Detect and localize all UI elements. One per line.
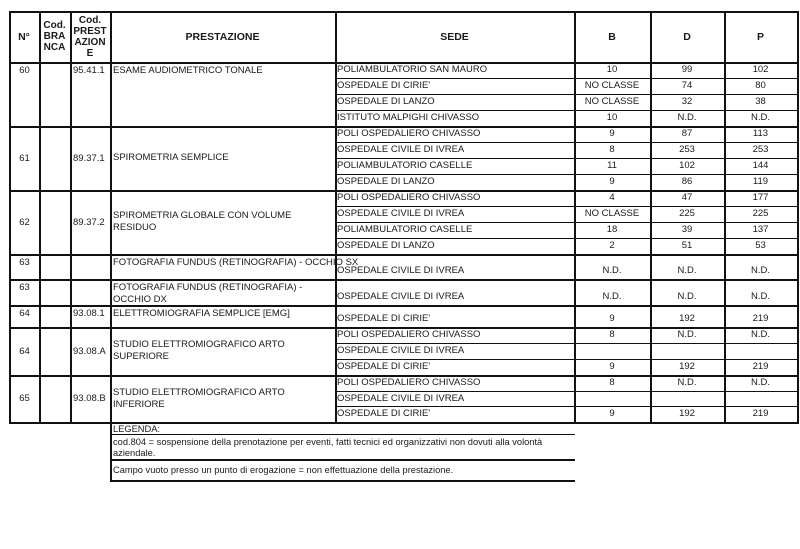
value-b: 10 [576, 64, 648, 75]
sede-cell: OSPEDALE DI CIRIE' [337, 361, 572, 372]
table-rule [110, 434, 575, 435]
document-page: N°Cod. BRA NCACod. PREST AZION EPRESTAZI… [0, 0, 800, 549]
value-p: 219 [726, 361, 795, 372]
prestazione-name: SPIROMETRIA SEMPLICE [113, 126, 333, 190]
value-d: 86 [652, 176, 722, 187]
prestazione-name: FOTOGRAFIA FUNDUS (RETINOGRAFIA) - OCCHI… [113, 282, 333, 306]
table-rule [9, 279, 798, 281]
header-p: P [724, 11, 797, 62]
sede-cell: POLI OSPEDALIERO CHIVASSO [337, 128, 572, 139]
group-number: 60 [12, 65, 37, 76]
value-b: 9 [576, 313, 648, 324]
value-p: 219 [726, 408, 795, 419]
table-rule [335, 359, 798, 360]
value-b: 10 [576, 112, 648, 123]
value-b: NO CLASSE [576, 96, 648, 107]
value-p: 102 [726, 64, 795, 75]
sede-cell: OSPEDALE CIVILE DI IVREA [337, 393, 572, 404]
sede-cell: OSPEDALE DI CIRIE' [337, 313, 572, 324]
value-b: N.D. [576, 291, 648, 302]
table-rule [335, 78, 798, 79]
table-rule [724, 11, 726, 424]
value-d: 225 [652, 208, 722, 219]
table-rule [335, 158, 798, 159]
value-d: N.D. [652, 265, 722, 276]
value-d: 192 [652, 313, 722, 324]
sede-cell: POLIAMBULATORIO CASELLE [337, 160, 572, 171]
table-rule [110, 422, 798, 424]
value-d: N.D. [652, 112, 722, 123]
table-rule [9, 254, 798, 256]
sede-cell: POLI OSPEDALIERO CHIVASSO [337, 329, 572, 340]
sede-cell: POLI OSPEDALIERO CHIVASSO [337, 377, 572, 388]
sede-cell: POLIAMBULATORIO CASELLE [337, 224, 572, 235]
value-p: N.D. [726, 291, 795, 302]
sede-cell: POLI OSPEDALIERO CHIVASSO [337, 192, 572, 203]
value-p: N.D. [726, 265, 795, 276]
sede-cell: OSPEDALE CIVILE DI IVREA [337, 291, 572, 302]
sede-cell: OSPEDALE DI LANZO [337, 176, 572, 187]
table-rule [110, 480, 575, 482]
value-d: 253 [652, 144, 722, 155]
value-p: 177 [726, 192, 795, 203]
cod-prestazione: 89.37.1 [73, 126, 108, 190]
value-b: 18 [576, 224, 648, 235]
value-b: 8 [576, 144, 648, 155]
sede-cell: OSPEDALE CIVILE DI IVREA [337, 265, 572, 276]
value-p: 119 [726, 176, 795, 187]
prestazione-name: ELETTROMIOGRAFIA SEMPLICE [EMG] [113, 308, 333, 320]
cod-branca [42, 327, 68, 375]
table-rule [110, 422, 112, 482]
value-b: 8 [576, 329, 648, 340]
table-rule [39, 11, 41, 424]
value-b: 9 [576, 408, 648, 419]
header-b: B [574, 11, 650, 62]
value-d: 102 [652, 160, 722, 171]
group-number: 64 [12, 308, 37, 319]
value-d: 192 [652, 361, 722, 372]
table-rule [70, 11, 72, 424]
prestazione-name: ESAME AUDIOMETRICO TONALE [113, 65, 333, 77]
value-d: 99 [652, 64, 722, 75]
table-rule [335, 110, 798, 111]
cod-prestazione: 93.08.1 [73, 308, 108, 319]
legend-title: LEGENDA: [113, 424, 160, 435]
header-cod-prestazione: Cod. PREST AZION E [70, 11, 110, 62]
table-rule [335, 11, 337, 424]
table-rule [335, 343, 798, 344]
group-number: 63 [12, 257, 37, 268]
table-rule [335, 238, 798, 239]
table-rule [9, 11, 798, 13]
value-p: N.D. [726, 377, 795, 388]
prestazione-name: SPIROMETRIA GLOBALE CON VOLUME RESIDUO [113, 190, 333, 254]
cod-prestazione: 93.08.A [73, 327, 108, 375]
value-b: 8 [576, 377, 648, 388]
table-rule [335, 94, 798, 95]
value-b: 9 [576, 128, 648, 139]
table-rule [797, 11, 799, 424]
cod-prestazione: 93.08.B [73, 375, 108, 422]
table-rule [335, 222, 798, 223]
group-number: 63 [12, 282, 37, 293]
value-d: 51 [652, 240, 722, 251]
value-d: 47 [652, 192, 722, 203]
value-p: N.D. [726, 112, 795, 123]
cod-branca [42, 190, 68, 254]
value-d: 192 [652, 408, 722, 419]
table-rule [335, 391, 798, 392]
value-b: 9 [576, 176, 648, 187]
value-p: N.D. [726, 329, 795, 340]
value-b: NO CLASSE [576, 208, 648, 219]
value-d: N.D. [652, 291, 722, 302]
cod-branca [42, 375, 68, 422]
legend-note-cod804-cont: aziendale. [113, 448, 155, 459]
table-rule [110, 459, 575, 461]
group-number: 65 [12, 375, 37, 422]
value-b: 2 [576, 240, 648, 251]
cod-prestazione: 89.37.2 [73, 190, 108, 254]
table-rule [335, 142, 798, 143]
legend-note-cod804: cod.804 = sospensione della prenotazione… [113, 437, 542, 448]
value-b: 9 [576, 361, 648, 372]
table-rule [335, 206, 798, 207]
table-rule [574, 11, 576, 424]
header-sede: SEDE [335, 11, 574, 62]
value-b: N.D. [576, 265, 648, 276]
value-d: N.D. [652, 329, 722, 340]
value-p: 144 [726, 160, 795, 171]
value-d: 74 [652, 80, 722, 91]
table-rule [335, 174, 798, 175]
table-rule [335, 406, 798, 407]
header-prestazione: PRESTAZIONE [110, 11, 335, 62]
sede-cell: POLIAMBULATORIO SAN MAURO [337, 64, 572, 75]
prestazione-name: STUDIO ELETTROMIOGRAFICO ARTO INFERIORE [113, 375, 333, 422]
value-p: 219 [726, 313, 795, 324]
sede-cell: ISTITUTO MALPIGHI CHIVASSO [337, 112, 572, 123]
header-d: D [650, 11, 724, 62]
cod-branca [42, 126, 68, 190]
value-p: 137 [726, 224, 795, 235]
header-cod-branca: Cod. BRA NCA [39, 11, 70, 62]
value-d: 39 [652, 224, 722, 235]
value-b: 11 [576, 160, 648, 171]
prestazione-name: STUDIO ELETTROMIOGRAFICO ARTO SUPERIORE [113, 327, 333, 375]
value-d: 87 [652, 128, 722, 139]
sede-cell: OSPEDALE CIVILE DI IVREA [337, 345, 572, 356]
value-d: 32 [652, 96, 722, 107]
table-rule [9, 305, 798, 307]
group-number: 64 [12, 327, 37, 375]
prestazione-name: FOTOGRAFIA FUNDUS (RETINOGRAFIA) - OCCHI… [113, 257, 333, 269]
table-rule [110, 11, 112, 424]
sede-cell: OSPEDALE DI LANZO [337, 96, 572, 107]
header-n: N° [9, 11, 39, 62]
table-rule [9, 11, 11, 424]
group-number: 61 [12, 126, 37, 190]
legend-note-empty-field: Campo vuoto presso un punto di erogazion… [113, 465, 453, 476]
sede-cell: OSPEDALE DI CIRIE' [337, 80, 572, 91]
value-d: N.D. [652, 377, 722, 388]
sede-cell: OSPEDALE DI LANZO [337, 240, 572, 251]
sede-cell: OSPEDALE DI CIRIE' [337, 408, 572, 419]
value-p: 225 [726, 208, 795, 219]
value-p: 253 [726, 144, 795, 155]
value-p: 53 [726, 240, 795, 251]
cod-prestazione: 95.41.1 [73, 65, 108, 76]
sede-cell: OSPEDALE CIVILE DI IVREA [337, 208, 572, 219]
value-p: 38 [726, 96, 795, 107]
sede-cell: OSPEDALE CIVILE DI IVREA [337, 144, 572, 155]
group-number: 62 [12, 190, 37, 254]
value-b: NO CLASSE [576, 80, 648, 91]
value-p: 80 [726, 80, 795, 91]
table-rule [650, 11, 652, 424]
value-p: 113 [726, 128, 795, 139]
value-b: 4 [576, 192, 648, 203]
